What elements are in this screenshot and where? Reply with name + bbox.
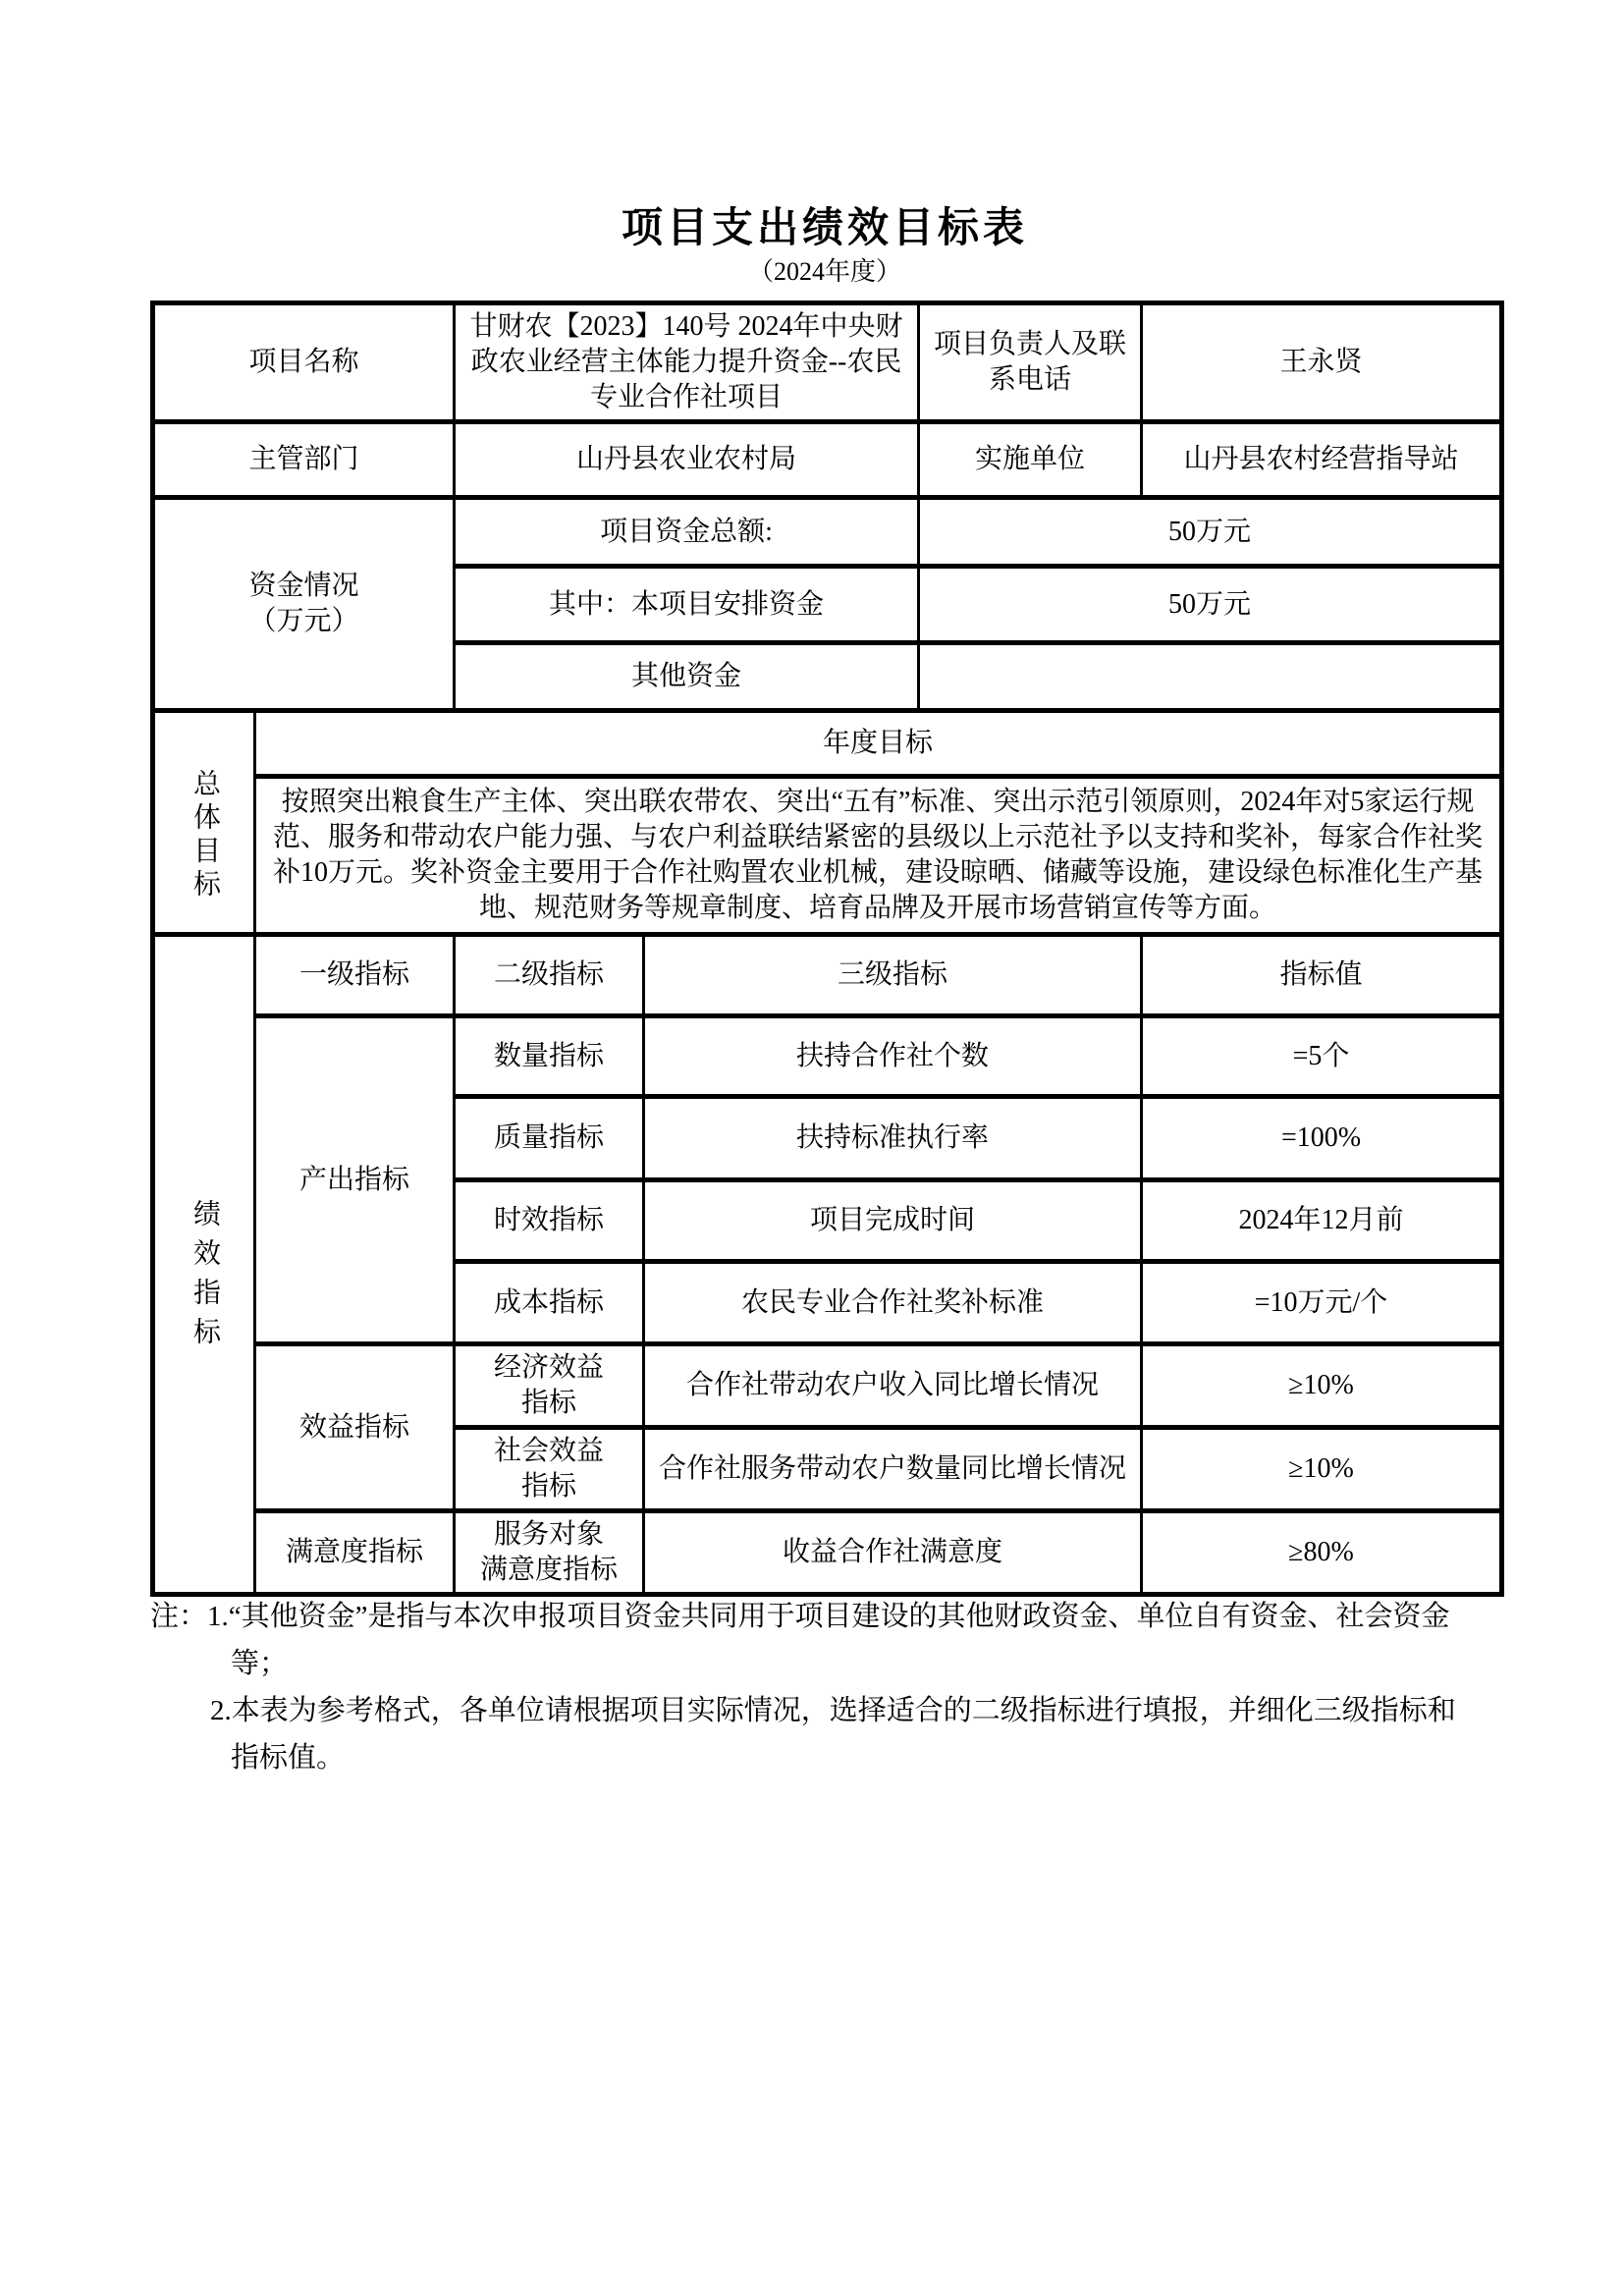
dept-value-cell: 山丹县农业农村局 [455, 422, 919, 498]
indicators-side-label: 绩效指标 [187, 1199, 222, 1356]
notes-section: 注：1.“其他资金”是指与本次申报项目资金共同用于项目建设的其他财政资金、单位自… [150, 1593, 1476, 1781]
table-row: 主管部门 山丹县农业农村局 实施单位 山丹县农村经营指导站 [153, 422, 1502, 498]
funding-total-value-cell: 50万元 [919, 498, 1502, 567]
funding-other-value-cell [919, 643, 1502, 711]
contact-label-cell: 项目负责人及联系电话 [919, 303, 1142, 422]
level2-cell: 服务对象 满意度指标 [455, 1511, 644, 1595]
level3-cell: 合作社服务带动农户数量同比增长情况 [644, 1428, 1142, 1511]
level2-cell: 成本指标 [455, 1262, 644, 1344]
level3-cell: 扶持合作社个数 [644, 1016, 1142, 1097]
col-header-value: 指标值 [1142, 935, 1502, 1016]
project-name-value-cell: 甘财农【2023】140号 2024年中央财政农业经营主体能力提升资金--农民专… [455, 303, 919, 422]
indicator-value-cell: ≥80% [1142, 1511, 1502, 1595]
table-row: 按照突出粮食生产主体、突出联农带农、突出“五有”标准、突出示范引领原则，2024… [153, 777, 1502, 935]
level1-output-cell: 产出指标 [255, 1016, 455, 1344]
funding-arranged-value-cell: 50万元 [919, 567, 1502, 643]
level3-cell: 收益合作社满意度 [644, 1511, 1142, 1595]
annual-goal-header-cell: 年度目标 [255, 711, 1502, 777]
level3-cell: 项目完成时间 [644, 1180, 1142, 1262]
page-title: 项目支出绩效目标表 [150, 0, 1499, 251]
document-sheet: 项目支出绩效目标表 （2024年度） 项目名称 甘财农【2023】140号 20… [150, 0, 1499, 1597]
table-row: 满意度指标 服务对象 满意度指标 收益合作社满意度 ≥80% [153, 1511, 1502, 1595]
note-item: 注：1.“其他资金”是指与本次申报项目资金共同用于项目建设的其他财政资金、单位自… [150, 1593, 1476, 1687]
impl-label-cell: 实施单位 [919, 422, 1142, 498]
level2-cell: 时效指标 [455, 1180, 644, 1262]
table-row: 资金情况 （万元） 项目资金总额: 50万元 [153, 498, 1502, 567]
indicator-value-cell: =10万元/个 [1142, 1262, 1502, 1344]
table-row: 项目名称 甘财农【2023】140号 2024年中央财政农业经营主体能力提升资金… [153, 303, 1502, 422]
level2-cell: 社会效益 指标 [455, 1428, 644, 1511]
col-header-level3: 三级指标 [644, 935, 1142, 1016]
funding-arranged-label-cell: 其中：本项目安排资金 [455, 567, 919, 643]
indicator-value-cell: =5个 [1142, 1016, 1502, 1097]
indicator-value-cell: ≥10% [1142, 1428, 1502, 1511]
indicator-value-cell: 2024年12月前 [1142, 1180, 1502, 1262]
level3-cell: 扶持标准执行率 [644, 1097, 1142, 1180]
dept-label-cell: 主管部门 [153, 422, 455, 498]
indicator-value-cell: =100% [1142, 1097, 1502, 1180]
overall-goal-side-label: 总体目标 [187, 769, 222, 902]
overall-goal-side-label-cell: 总体目标 [153, 711, 255, 935]
level2-cell: 经济效益 指标 [455, 1344, 644, 1428]
level2-cell: 数量指标 [455, 1016, 644, 1097]
page-subtitle: （2024年度） [150, 257, 1499, 287]
note-item: 2.本表为参考格式，各单位请根据项目实际情况，选择适合的二级指标进行填报，并细化… [150, 1687, 1476, 1781]
level3-cell: 农民专业合作社奖补标准 [644, 1262, 1142, 1344]
table-row: 效益指标 经济效益 指标 合作社带动农户收入同比增长情况 ≥10% [153, 1344, 1502, 1428]
funding-total-label-cell: 项目资金总额: [455, 498, 919, 567]
annual-goal-text-cell: 按照突出粮食生产主体、突出联农带农、突出“五有”标准、突出示范引领原则，2024… [255, 777, 1502, 935]
level3-cell: 合作社带动农户收入同比增长情况 [644, 1344, 1142, 1428]
level1-satisfaction-cell: 满意度指标 [255, 1511, 455, 1595]
funding-other-label-cell: 其他资金 [455, 643, 919, 711]
table-row: 总体目标 年度目标 [153, 711, 1502, 777]
contact-value-cell: 王永贤 [1142, 303, 1502, 422]
project-name-label-cell: 项目名称 [153, 303, 455, 422]
col-header-level1: 一级指标 [255, 935, 455, 1016]
table-row: 绩效指标 一级指标 二级指标 三级指标 指标值 [153, 935, 1502, 1016]
level1-benefit-cell: 效益指标 [255, 1344, 455, 1511]
impl-value-cell: 山丹县农村经营指导站 [1142, 422, 1502, 498]
level2-cell: 质量指标 [455, 1097, 644, 1180]
performance-target-table: 项目名称 甘财农【2023】140号 2024年中央财政农业经营主体能力提升资金… [150, 301, 1504, 1597]
indicators-side-label-cell: 绩效指标 [153, 935, 255, 1595]
table-row: 产出指标 数量指标 扶持合作社个数 =5个 [153, 1016, 1502, 1097]
indicator-value-cell: ≥10% [1142, 1344, 1502, 1428]
funding-side-label-cell: 资金情况 （万元） [153, 498, 455, 711]
col-header-level2: 二级指标 [455, 935, 644, 1016]
